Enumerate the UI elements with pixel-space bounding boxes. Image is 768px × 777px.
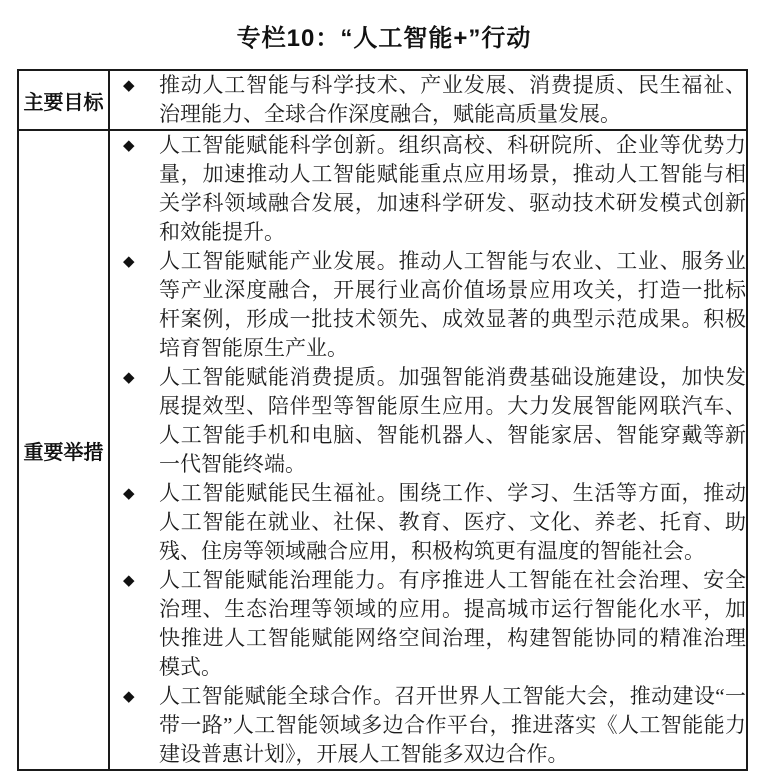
page-title: 专栏10：“人工智能+”行动 <box>0 0 768 69</box>
diamond-bullet-icon: ◆ <box>110 71 159 100</box>
measure-text-global-cooperation: 人工智能赋能全球合作。召开世界人工智能大会，推动建设“一带一路”人工智能领域多边… <box>159 682 746 769</box>
measure-text-industry: 人工智能赋能产业发展。推动人工智能与农业、工业、服务业等产业深度融合，开展行业高… <box>159 247 746 363</box>
measure-text-science: 人工智能赋能科学创新。组织高校、科研院所、企业等优势力量，加速推动人工智能赋能重… <box>159 131 746 247</box>
measure-text-livelihood: 人工智能赋能民生福祉。围绕工作、学习、生活等方面，推动人工智能在就业、社保、教育… <box>159 479 746 566</box>
row-label-main-objectives: 主要目标 <box>18 70 109 130</box>
objective-text: 推动人工智能与科学技术、产业发展、消费提质、民生福祉、治理能力、全球合作深度融合… <box>159 71 746 129</box>
diamond-bullet-icon: ◆ <box>110 566 159 595</box>
list-item: ◆ 推动人工智能与科学技术、产业发展、消费提质、民生福祉、治理能力、全球合作深度… <box>110 71 746 129</box>
measure-text-governance: 人工智能赋能治理能力。有序推进人工智能在社会治理、安全治理、生态治理等领域的应用… <box>159 566 746 682</box>
list-item: ◆ 人工智能赋能民生福祉。围绕工作、学习、生活等方面，推动人工智能在就业、社保、… <box>110 479 746 566</box>
row-label-key-measures: 重要举措 <box>18 130 109 770</box>
diamond-bullet-icon: ◆ <box>110 363 159 392</box>
table-row-measures: 重要举措 ◆ 人工智能赋能科学创新。组织高校、科研院所、企业等优势力量，加速推动… <box>18 130 747 770</box>
diamond-bullet-icon: ◆ <box>110 479 159 508</box>
list-item: ◆ 人工智能赋能全球合作。召开世界人工智能大会，推动建设“一带一路”人工智能领域… <box>110 682 746 769</box>
measures-content-cell: ◆ 人工智能赋能科学创新。组织高校、科研院所、企业等优势力量，加速推动人工智能赋… <box>109 130 747 770</box>
objectives-content-cell: ◆ 推动人工智能与科学技术、产业发展、消费提质、民生福祉、治理能力、全球合作深度… <box>109 70 747 130</box>
list-item: ◆ 人工智能赋能产业发展。推动人工智能与农业、工业、服务业等产业深度融合，开展行… <box>110 247 746 363</box>
table-row-objectives: 主要目标 ◆ 推动人工智能与科学技术、产业发展、消费提质、民生福祉、治理能力、全… <box>18 70 747 130</box>
measure-text-consumption: 人工智能赋能消费提质。加强智能消费基础设施建设，加快发展提效型、陪伴型等智能原生… <box>159 363 746 479</box>
panel-table: 主要目标 ◆ 推动人工智能与科学技术、产业发展、消费提质、民生福祉、治理能力、全… <box>17 69 748 771</box>
list-item: ◆ 人工智能赋能治理能力。有序推进人工智能在社会治理、安全治理、生态治理等领域的… <box>110 566 746 682</box>
list-item: ◆ 人工智能赋能消费提质。加强智能消费基础设施建设，加快发展提效型、陪伴型等智能… <box>110 363 746 479</box>
list-item: ◆ 人工智能赋能科学创新。组织高校、科研院所、企业等优势力量，加速推动人工智能赋… <box>110 131 746 247</box>
diamond-bullet-icon: ◆ <box>110 131 159 160</box>
diamond-bullet-icon: ◆ <box>110 247 159 276</box>
diamond-bullet-icon: ◆ <box>110 682 159 711</box>
